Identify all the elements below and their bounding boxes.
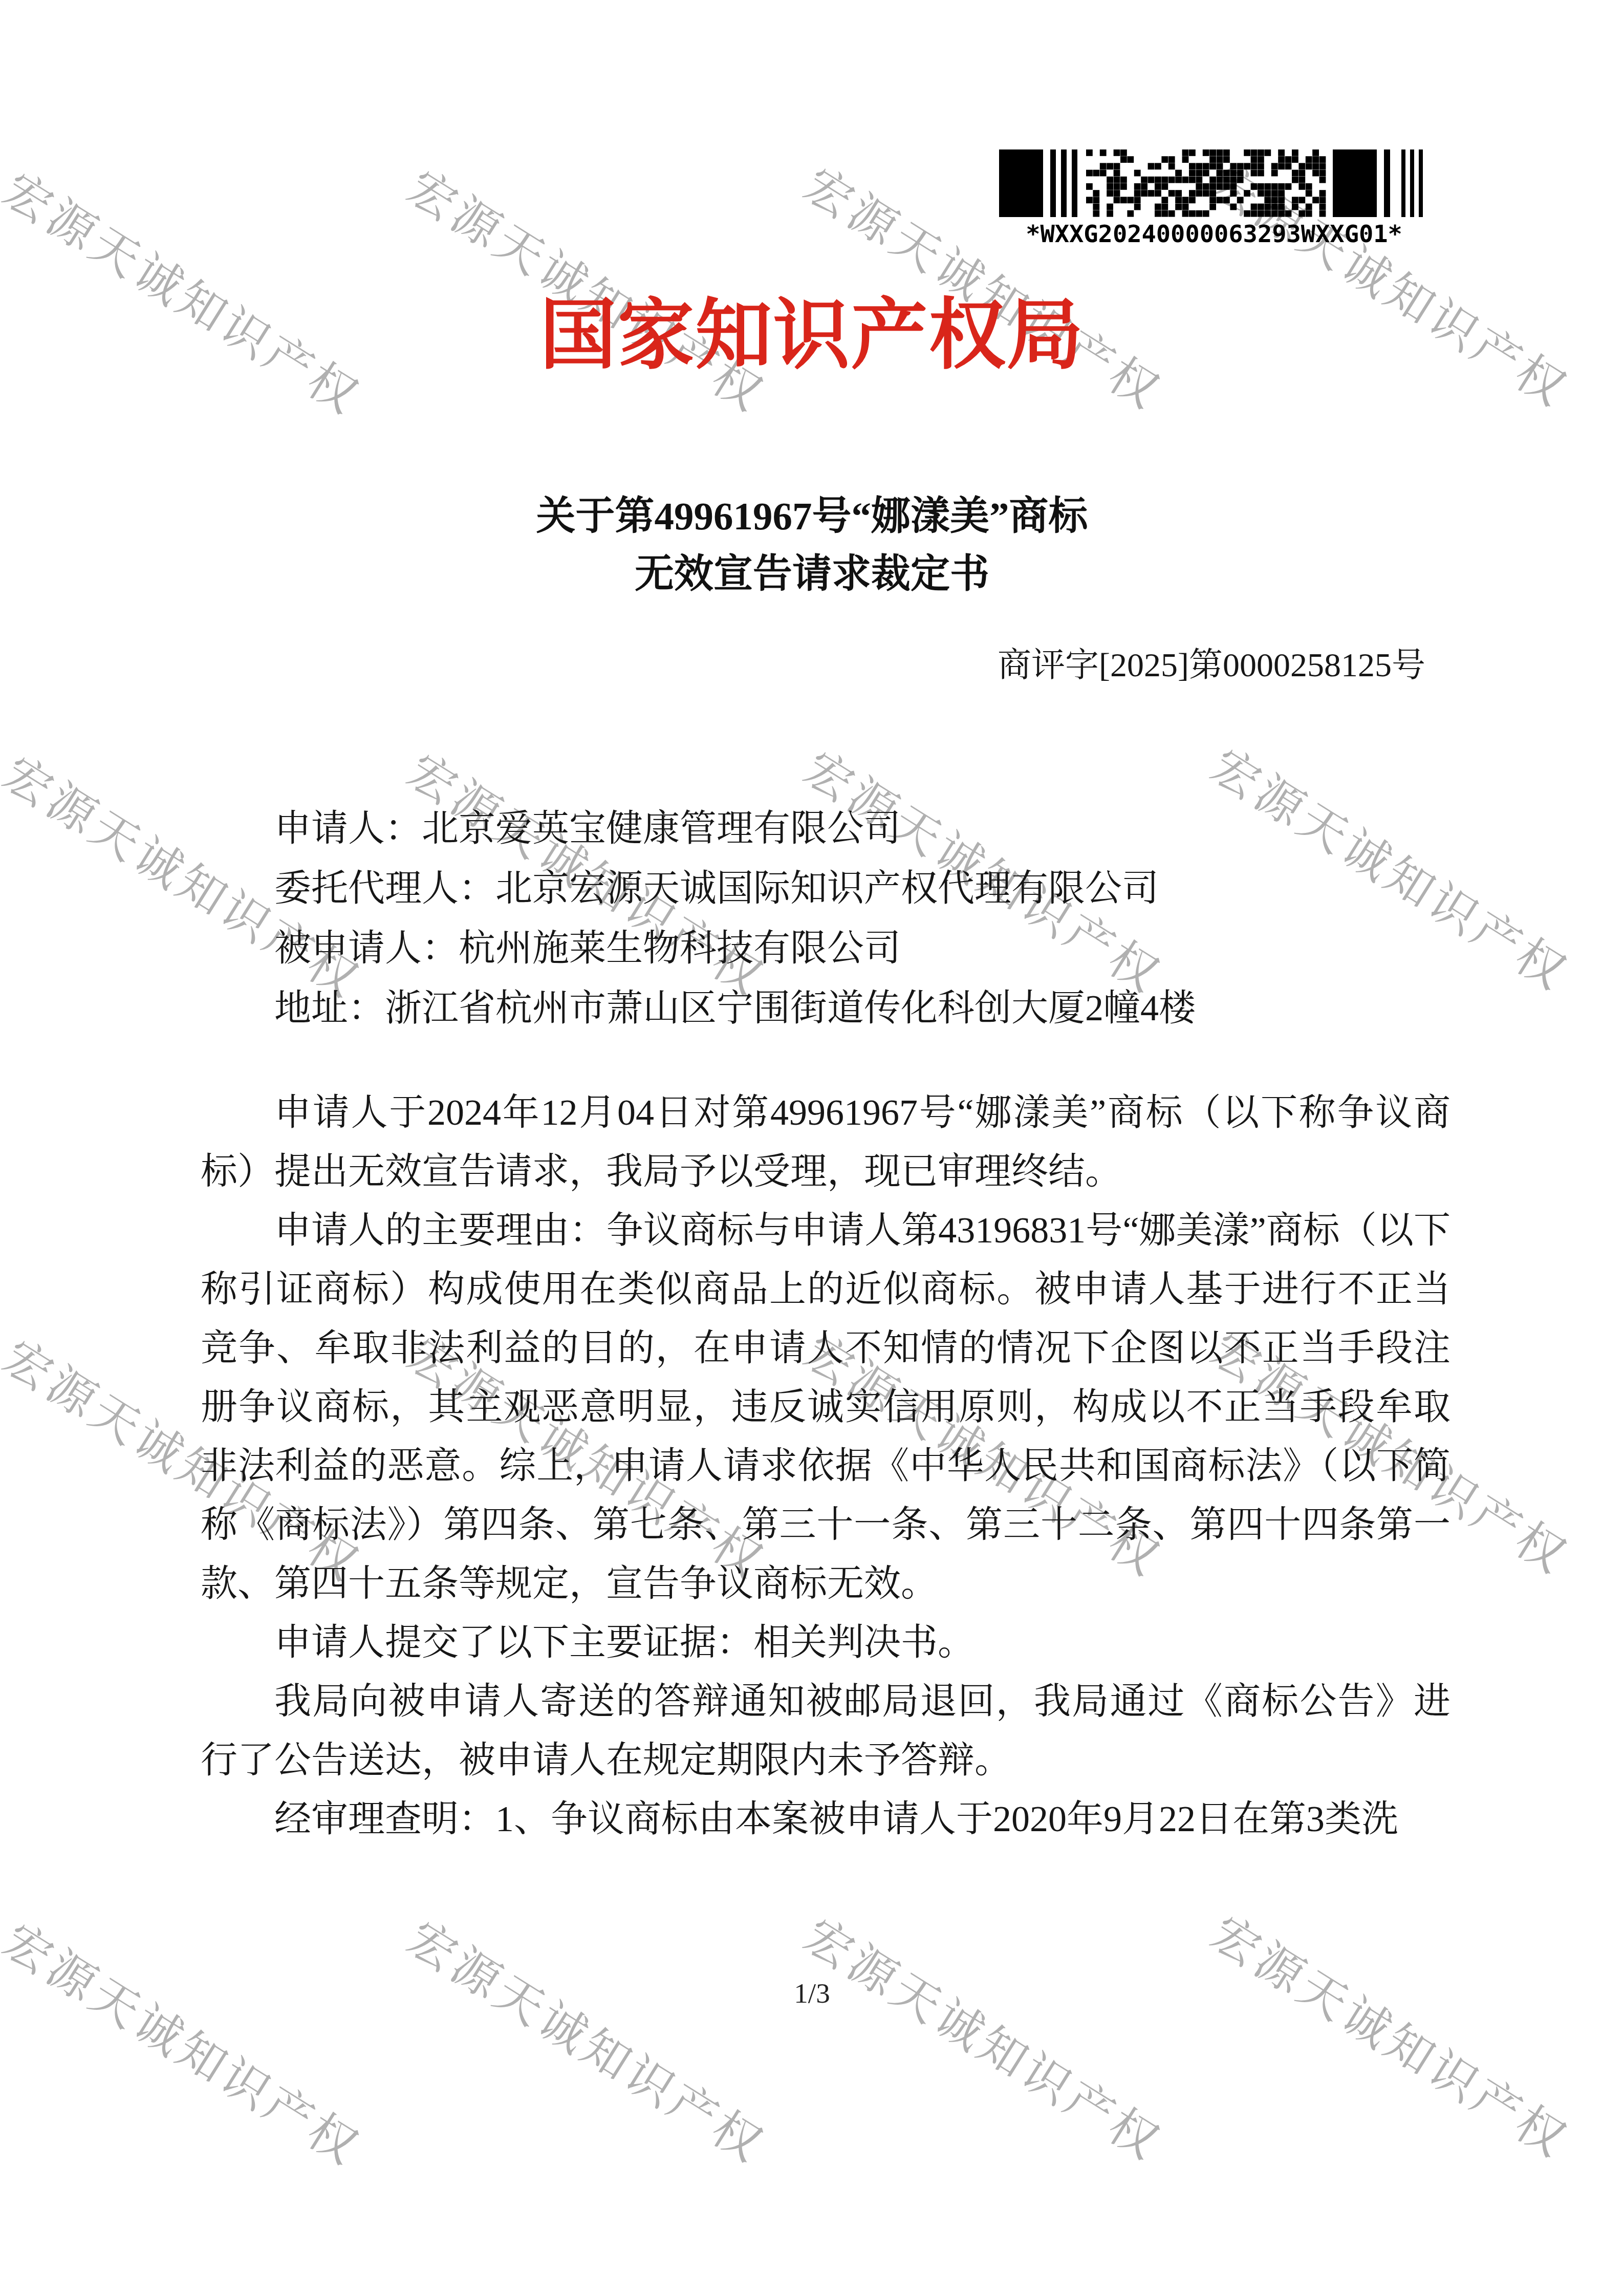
- party-info: 申请人：北京爱英宝健康管理有限公司 委托代理人：北京宏源天诚国际知识产权代理有限…: [274, 799, 1196, 1038]
- watermark-text: 宏源天诚知识产权: [1200, 1897, 1583, 2171]
- barcode: *WXXG20240000063293WXXG01*: [999, 149, 1429, 248]
- barcode-text: *WXXG20240000063293WXXG01*: [999, 220, 1429, 248]
- page-number: 1/3: [0, 1977, 1624, 2009]
- watermark-text: 宏源天诚知识产权: [0, 1904, 375, 2179]
- party-line-applicant: 申请人：北京爱英宝健康管理有限公司: [274, 799, 1196, 859]
- body-paragraph: 申请人的主要理由：争议商标与申请人第43196831号“娜美漾”商标（以下称引证…: [201, 1201, 1450, 1613]
- body-paragraph: 申请人提交了以下主要证据：相关判决书。: [201, 1613, 1450, 1672]
- ref-number: 商评字[2025]第0000258125号: [998, 637, 1425, 686]
- doc-title-line1: 关于第49961967号“娜漾美”商标: [0, 487, 1624, 545]
- body-text: 申请人于2024年12月04日对第49961967号“娜漾美”商标（以下称争议商…: [201, 1083, 1450, 1849]
- body-paragraph: 申请人于2024年12月04日对第49961967号“娜漾美”商标（以下称争议商…: [201, 1083, 1450, 1201]
- body-paragraph: 我局向被申请人寄送的答辩通知被邮局退回，我局通过《商标公告》进行了公告送达，被申…: [201, 1672, 1450, 1790]
- party-line-respondent: 被申请人：杭州施莱生物科技有限公司: [274, 918, 1196, 978]
- party-line-address: 地址：浙江省杭州市萧山区宁围街道传化科创大厦2幢4楼: [274, 978, 1196, 1038]
- doc-title: 关于第49961967号“娜漾美”商标 无效宣告请求裁定书: [0, 487, 1624, 603]
- doc-title-line2: 无效宣告请求裁定书: [0, 545, 1624, 603]
- document-page: 宏源天诚知识产权 宏源天诚知识产权 宏源天诚知识产权 宏源天诚知识产权 宏源天诚…: [0, 0, 1624, 2296]
- body-paragraph: 经审理查明：1、争议商标由本案被申请人于2020年9月22日在第3类洗: [201, 1790, 1450, 1849]
- watermark-text: 宏源天诚知识产权: [397, 1902, 779, 2176]
- watermark-text: 宏源天诚知识产权: [1200, 729, 1583, 1004]
- watermark-text: 宏源天诚知识产权: [793, 1899, 1176, 2174]
- barcode-image: [999, 149, 1429, 217]
- agency-title: 国家知识产权局: [0, 273, 1624, 383]
- party-line-agent: 委托代理人：北京宏源天诚国际知识产权代理有限公司: [274, 859, 1196, 918]
- barcode-matrix: [1086, 149, 1326, 217]
